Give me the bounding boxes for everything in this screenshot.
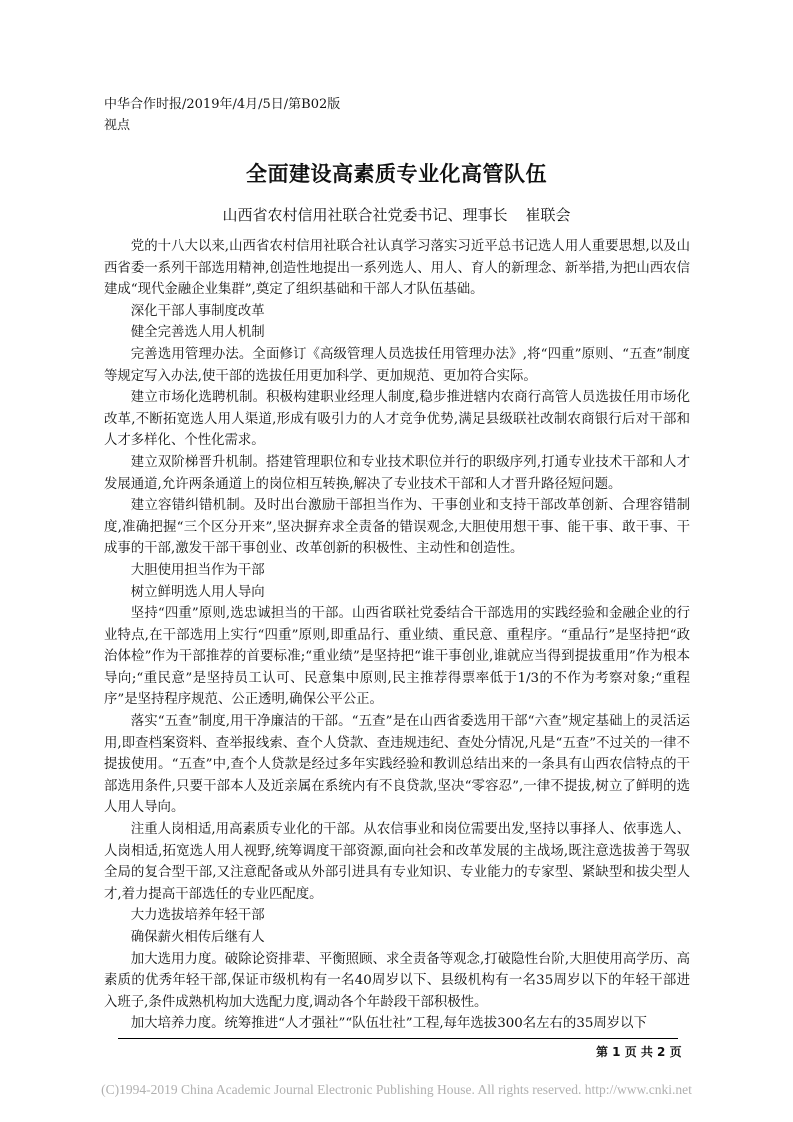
section-subheading: 健全完善选人用人机制 [104,322,690,344]
paragraph: 建立双阶梯晋升机制。搭建管理职位和专业技术职位并行的职级序列,打通专业技术干部和… [104,452,690,495]
section-subheading: 树立鲜明选人用人导向 [104,582,690,604]
paragraph: 建立市场化选聘机制。积极构建职业经理人制度,稳步推进辖内农商行高管人员选拔任用市… [104,387,690,452]
paragraph: 坚持“四重”原则,选忠诚担当的干部。山西省联社党委结合干部选用的实践经验和金融企… [104,603,690,711]
section-heading: 大力选拔培养年轻干部 [104,905,690,927]
article-body: 党的十八大以来,山西省农村信用社联合社认真学习落实习近平总书记选人用人重要思想,… [104,236,690,1035]
footer-divider [118,1038,678,1039]
author-line: 山西省农村信用社联合社党委书记、理事长崔联会 [0,204,793,225]
section-subheading: 确保薪火相传后继有人 [104,927,690,949]
source-line: 中华合作时报/2019年/4月/5日/第B02版 [104,96,340,114]
page-indicator: 第 1 页 共 2 页 [596,1043,682,1060]
paragraph: 建立容错纠错机制。及时出台激励干部担当作为、干事创业和支持干部改革创新、合理容错… [104,495,690,560]
paragraph: 党的十八大以来,山西省农村信用社联合社认真学习落实习近平总书记选人用人重要思想,… [104,236,690,301]
paragraph: 加大选用力度。破除论资排辈、平衡照顾、求全责备等观念,打破隐性台阶,大胆使用高学… [104,949,690,1014]
article-title: 全面建设高素质专业化高管队伍 [0,158,793,188]
section-heading: 深化干部人事制度改革 [104,301,690,323]
author-name: 崔联会 [526,206,571,224]
section-heading: 大胆使用担当作为干部 [104,560,690,582]
paragraph: 注重人岗相适,用高素质专业化的干部。从农信事业和岗位需要出发,坚持以事择人、依事… [104,819,690,905]
paragraph: 落实“五查”制度,用干净廉洁的干部。“五查”是在山西省委选用干部“六查”规定基础… [104,711,690,819]
author-role: 山西省农村信用社联合社党委书记、理事长 [222,206,507,224]
copyright-notice: (C)1994-2019 China Academic Journal Elec… [0,1082,793,1098]
paragraph: 加大培养力度。统筹推进“人才强社”“队伍壮社”工程,每年选拔300名左右的35周… [104,1013,690,1035]
paragraph: 完善选用管理办法。全面修订《高级管理人员选拔任用管理办法》,将“四重”原则、“五… [104,344,690,387]
column-label: 视点 [104,117,130,135]
